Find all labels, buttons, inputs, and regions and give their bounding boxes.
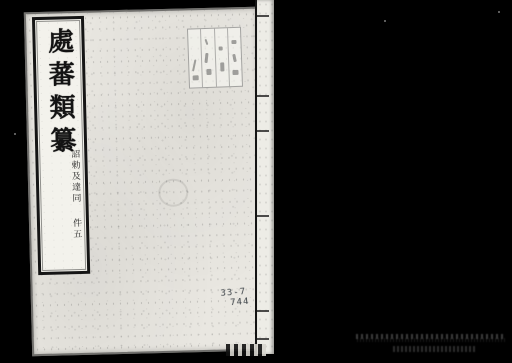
dust-speck — [14, 133, 16, 135]
dust-speck — [498, 11, 500, 13]
title-slip: 處蕃類纂 詔勅及達同 件五 — [32, 16, 90, 275]
book-foredge-binding — [255, 0, 274, 354]
subtitle-left-column: 件五 — [71, 218, 82, 240]
stitch-mark — [255, 338, 269, 340]
shelf-label — [187, 27, 243, 89]
subtitle-right-column: 詔勅及達同 — [69, 149, 80, 204]
stitch-mark — [255, 310, 269, 312]
watermark-line-1 — [356, 334, 506, 343]
book-subtitle: 詔勅及達同 件五 — [68, 149, 81, 251]
faint-round-stamp — [158, 178, 189, 207]
book-cover: 處蕃類纂 詔勅及達同 件五 — [24, 7, 266, 357]
stitch-mark — [255, 130, 269, 132]
stitch-mark — [255, 95, 269, 97]
page-edge-bars — [226, 344, 266, 356]
watermark-line-2 — [393, 346, 475, 352]
shelf-label-column — [228, 28, 242, 86]
book-title: 處蕃類纂 — [45, 27, 74, 160]
stitch-mark — [255, 15, 269, 17]
scanned-page: 處蕃類纂 詔勅及達同 件五 — [0, 0, 512, 363]
dust-speck — [384, 20, 386, 22]
stitch-mark — [255, 215, 269, 217]
